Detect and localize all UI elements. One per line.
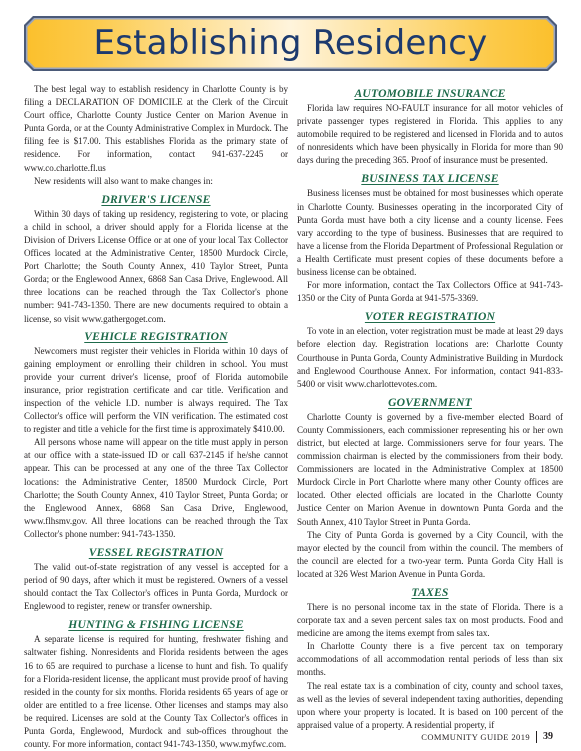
section-paragraph: All persons whose name will appear on th… — [24, 436, 288, 541]
section-heading-drivers-license: DRIVER'S LICENSE — [24, 192, 288, 207]
intro-paragraph: The best legal way to establish residenc… — [24, 83, 288, 175]
page-title: Establishing Residency — [23, 21, 558, 65]
section-paragraph: In Charlotte County there is a five perc… — [297, 640, 563, 679]
section-heading-vessel-registration: VESSEL REGISTRATION — [24, 545, 288, 560]
footer-divider — [536, 731, 537, 743]
section-heading-business-tax-license: BUSINESS TAX LICENSE — [297, 171, 563, 186]
section-heading-vehicle-registration: VEHICLE REGISTRATION — [24, 329, 288, 344]
section-paragraph: To vote in an election, voter registrati… — [297, 325, 563, 390]
title-banner: Establishing Residency — [23, 15, 558, 72]
section-paragraph: The valid out-of-state registration of a… — [24, 561, 288, 613]
page-number: 39 — [543, 731, 553, 743]
section-paragraph: For more information, contact the Tax Co… — [297, 279, 563, 305]
section-paragraph: The real estate tax is a combination of … — [297, 680, 563, 732]
publication-name: COMMUNITY GUIDE 2019 — [421, 731, 530, 743]
section-paragraph: The City of Punta Gorda is governed by a… — [297, 529, 563, 581]
intro-paragraph: New residents will also want to make cha… — [24, 175, 288, 188]
section-paragraph: Charlotte County is governed by a five-m… — [297, 411, 563, 529]
section-heading-taxes: TAXES — [297, 585, 563, 600]
section-paragraph: Florida law requires NO-FAULT insurance … — [297, 102, 563, 167]
section-heading-hunting-fishing-license: HUNTING & FISHING LICENSE — [24, 617, 288, 632]
section-heading-voter-registration: VOTER REGISTRATION — [297, 309, 563, 324]
section-heading-government: GOVERNMENT — [297, 395, 563, 410]
section-paragraph: Within 30 days of taking up residency, r… — [24, 208, 288, 326]
section-paragraph: Newcomers must register their vehicles i… — [24, 345, 288, 437]
page-footer: COMMUNITY GUIDE 2019 39 — [421, 731, 553, 743]
section-paragraph: A separate license is required for hunti… — [24, 633, 288, 751]
section-paragraph: There is no personal income tax in the s… — [297, 601, 563, 640]
section-paragraph: Business licenses must be obtained for m… — [297, 187, 563, 279]
right-column: AUTOMOBILE INSURANCE Florida law require… — [297, 83, 563, 732]
section-heading-automobile-insurance: AUTOMOBILE INSURANCE — [297, 86, 563, 101]
left-column: The best legal way to establish residenc… — [24, 83, 288, 751]
